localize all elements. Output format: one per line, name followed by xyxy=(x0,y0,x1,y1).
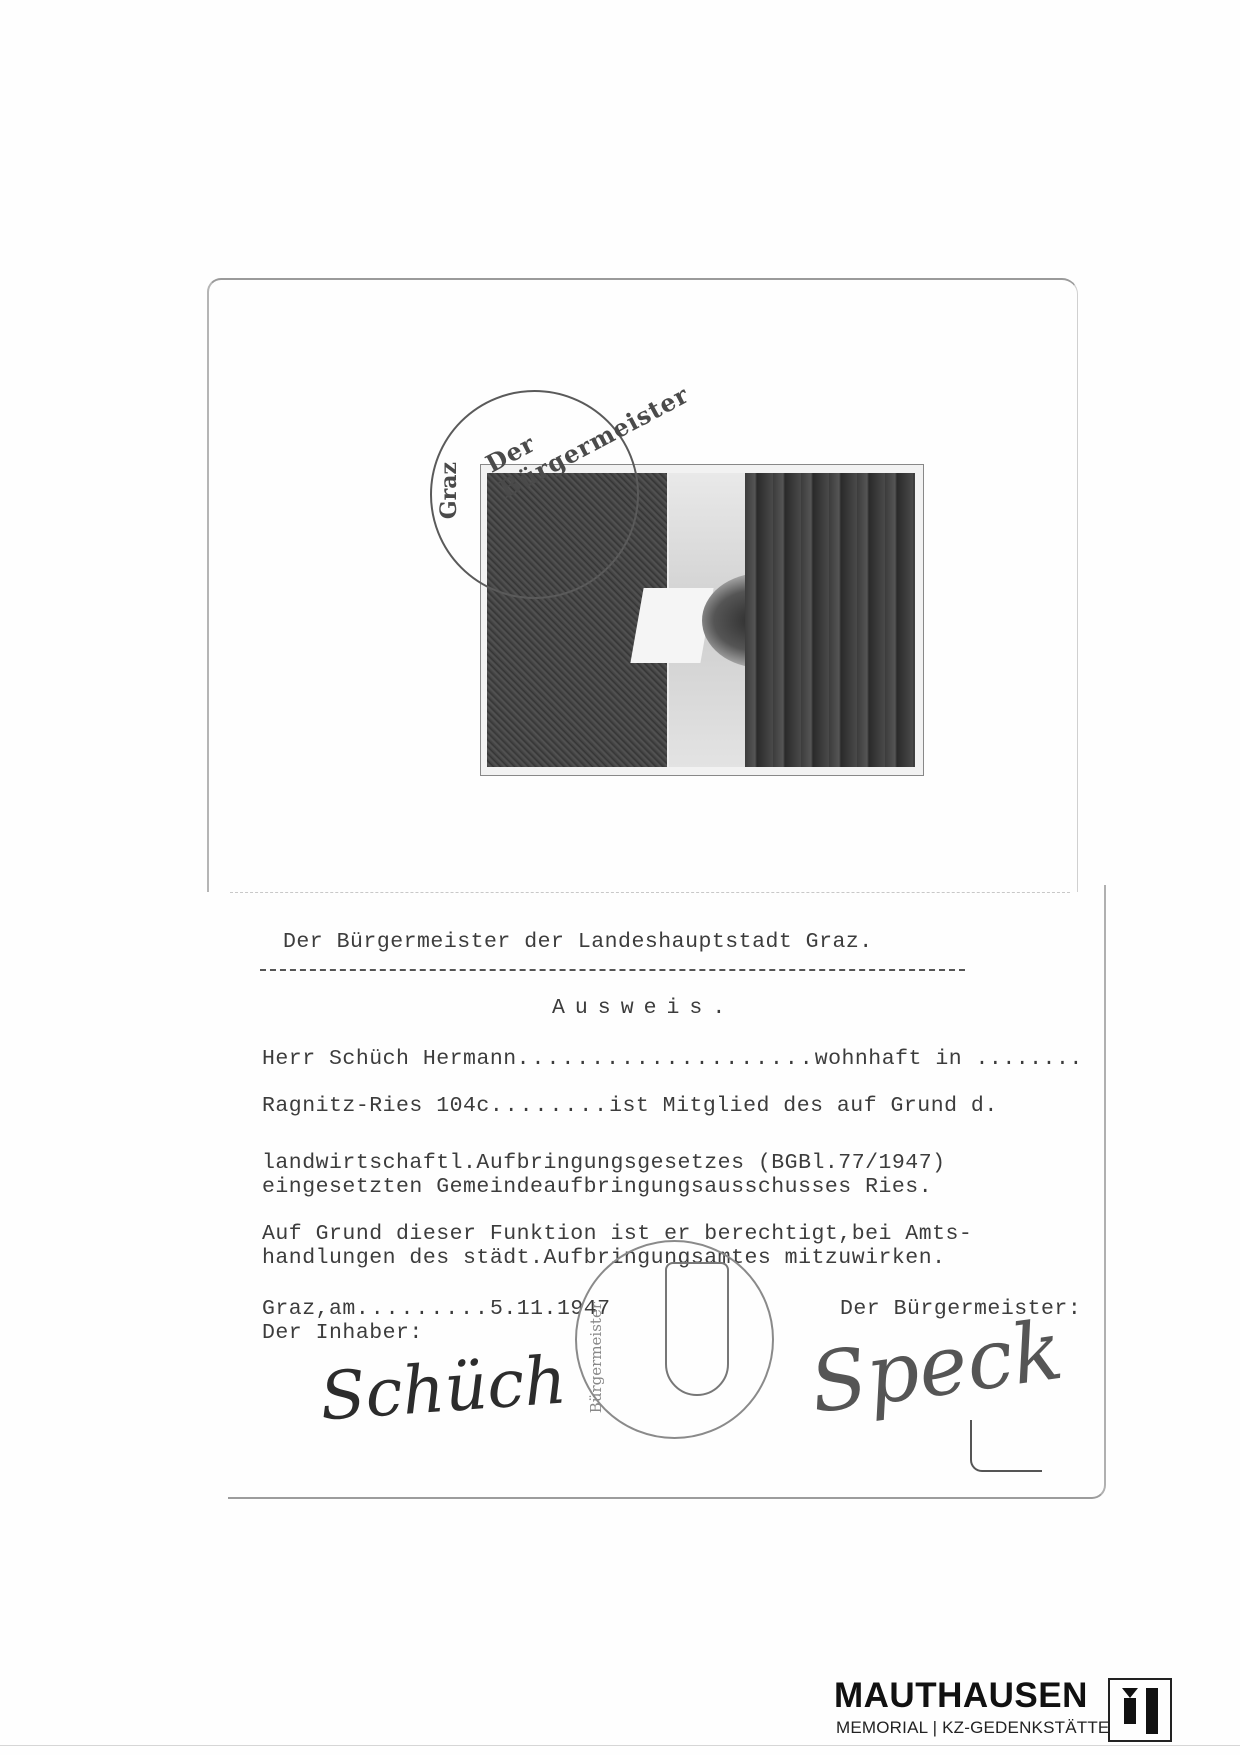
header-dashed-rule xyxy=(260,969,965,971)
official-stamp-top: Der Bürgermeister Graz xyxy=(430,390,639,599)
footer-rule xyxy=(0,1745,1240,1746)
legal-basis-paragraph: landwirtschaftl.Aufbringungsgesetzes (BG… xyxy=(262,1151,946,1199)
address-line: Ragnitz-Ries 104c........ist Mitglied de… xyxy=(262,1094,998,1118)
body-line: Auf Grund dieser Funktion ist er berecht… xyxy=(262,1222,972,1246)
issuer-header: Der Bürgermeister der Landeshauptstadt G… xyxy=(283,930,873,954)
stamp-top-side-text: Graz xyxy=(436,462,462,519)
holder-name: Schüch Hermann xyxy=(329,1047,517,1071)
official-stamp-bottom: Bürgermeister xyxy=(575,1240,774,1439)
logo-subtitle: MEMORIAL | KZ-GEDENKSTÄTTE xyxy=(836,1718,1109,1738)
scanned-document-page: Der Bürgermeister Graz Der Bürgermeister… xyxy=(0,0,1240,1755)
body-line: eingesetzten Gemeindeaufbringungsausschu… xyxy=(262,1175,946,1199)
body-line: landwirtschaftl.Aufbringungsgesetzes (BG… xyxy=(262,1151,946,1175)
fill-dots: ......... xyxy=(356,1297,490,1321)
fill-dots: ........ xyxy=(490,1094,609,1118)
document-title: Ausweis. xyxy=(552,996,735,1020)
holder-prefix: Herr xyxy=(262,1047,316,1071)
date-and-holder-block: Graz,am.........5.11.1947Der Inhaber: xyxy=(262,1297,611,1345)
holder-address: Ragnitz-Ries 104c xyxy=(262,1094,490,1118)
mauthausen-memorial-logo: MAUTHAUSEN MEMORIAL | KZ-GEDENKSTÄTTE xyxy=(808,1676,1148,1740)
logo-brand: MAUTHAUSEN xyxy=(834,1676,1088,1716)
photo-shirt xyxy=(630,588,713,663)
mayor-signature-stroke xyxy=(970,1420,1042,1472)
coat-of-arms-icon xyxy=(665,1262,729,1396)
place-label: Graz,am xyxy=(262,1297,356,1321)
stamp-bottom-side-text: Bürgermeister xyxy=(587,1302,605,1413)
membership-text: ist Mitglied des auf Grund d. xyxy=(609,1094,998,1118)
residence-label: wohnhaft in ........ xyxy=(815,1047,1083,1071)
photo-wooden-wall xyxy=(745,473,915,767)
fill-dots: .................... xyxy=(517,1047,815,1071)
logo-mark-icon xyxy=(1108,1678,1172,1742)
holder-line: Herr Schüch Hermann....................w… xyxy=(262,1047,1083,1071)
